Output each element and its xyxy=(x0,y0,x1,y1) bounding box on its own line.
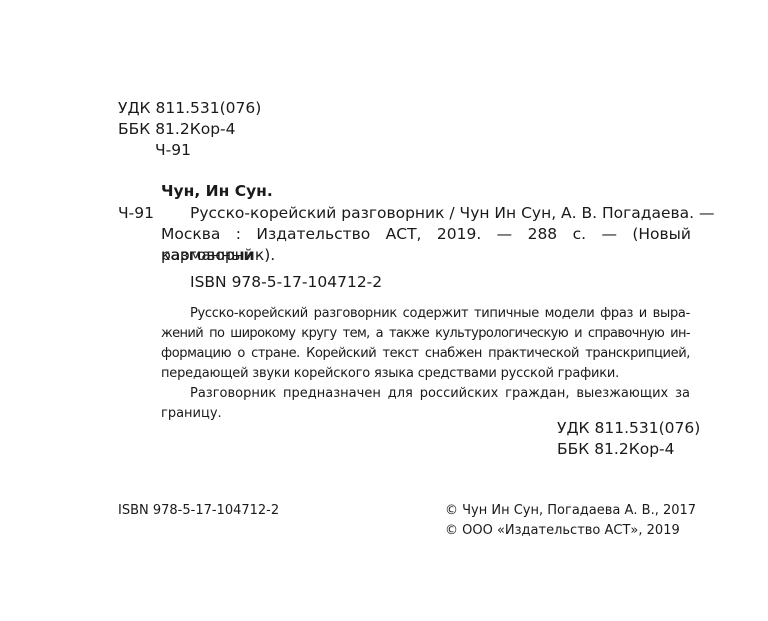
annotation-bbk: ББК 81.2Кор-4 xyxy=(557,439,675,460)
copyright-authors: © Чун Ин Сун, Погадаева А. В., 2017 xyxy=(445,501,696,520)
record-line: Русско-корейский разговорник / Чун Ин Су… xyxy=(190,203,715,224)
annotation-line: жений по широкому кругу тем, а также кул… xyxy=(161,324,690,343)
record-author-sign: Ч-91 xyxy=(118,203,154,224)
annotation-udk: УДК 811.531(076) xyxy=(557,418,700,439)
udk-code: УДК 811.531(076) xyxy=(118,98,261,119)
author-heading: Чун, Ин Сун. xyxy=(161,181,273,202)
annotation-line: Разговорник предназначен для российских … xyxy=(190,384,690,403)
annotation-line: передающей звуки корейского языка средст… xyxy=(161,364,619,383)
author-sign: Ч-91 xyxy=(155,140,191,161)
record-isbn: ISBN 978-5-17-104712-2 xyxy=(190,272,382,293)
footer-isbn: ISBN 978-5-17-104712-2 xyxy=(118,501,279,520)
annotation-line: границу. xyxy=(161,404,222,423)
copyright-publisher: © ООО «Издательство АСТ», 2019 xyxy=(445,521,680,540)
bbk-code: ББК 81.2Кор-4 xyxy=(118,119,236,140)
annotation-line: Русско-корейский разговорник содержит ти… xyxy=(190,304,690,323)
record-line: разговорник). xyxy=(161,245,275,266)
annotation-line: формацию о стране. Корейский текст снабж… xyxy=(161,344,690,363)
